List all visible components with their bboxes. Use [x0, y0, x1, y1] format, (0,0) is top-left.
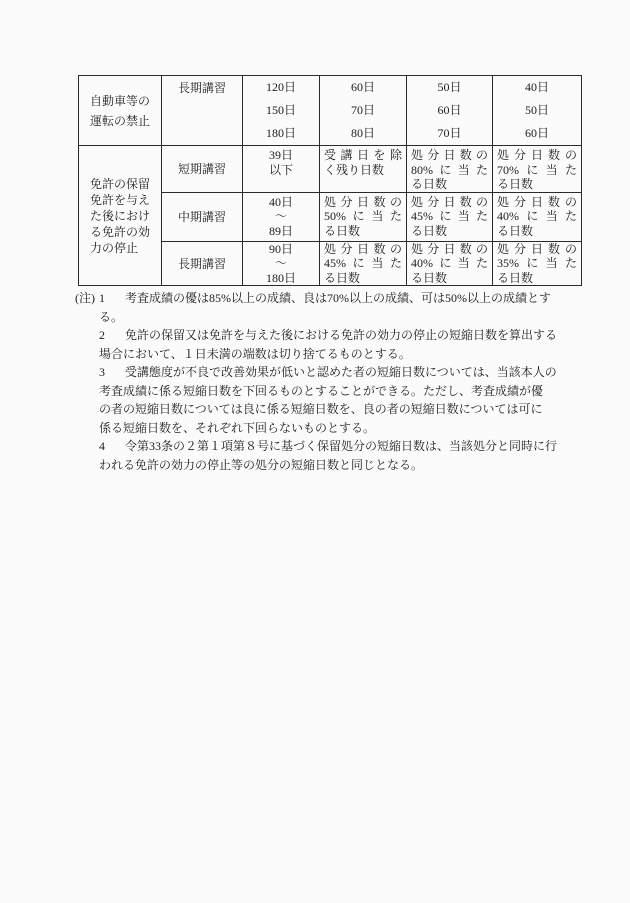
note-text: 受講態度が不良で改善効果が低いと認めた者の短縮日数については、当該本人の 考査成… — [99, 365, 557, 435]
category-label: 自動車等の 運転の禁止 — [90, 91, 150, 131]
note-item: (注)1考査成績の優は85%以上の成績、良は70%以上の成績、可は50%以上の成… — [75, 289, 580, 326]
table-cell: 処分日数の50%に当たる日数 — [320, 192, 407, 241]
category-label: 免許の保留 免許を与え た後におけ る免許の効 力の停止 — [90, 176, 150, 256]
table-cell: 40日～89日 — [243, 192, 320, 241]
table-cell: 処分日数の80%に当たる日数 — [407, 146, 493, 193]
note-marker: (注) — [75, 289, 95, 308]
course-cell: 長期講習 — [162, 76, 243, 146]
table-cell: 処分日数の40%に当たる日数 — [493, 192, 582, 241]
document-page: 自動車等の 運転の禁止 長期講習 120日150日180日 60日70日80日 … — [0, 0, 630, 903]
table-row: 免許の保留 免許を与え た後におけ る免許の効 力の停止 短期講習 39日以下 … — [79, 146, 582, 193]
table-cell: 39日以下 — [243, 146, 320, 193]
table-cell: 処分日数の35%に当たる日数 — [493, 241, 582, 286]
table-row: 自動車等の 運転の禁止 長期講習 120日150日180日 60日70日80日 … — [79, 76, 582, 146]
note-number: 3 — [99, 363, 125, 382]
course-cell: 中期講習 — [162, 192, 243, 241]
table-cell: 処分日数の40%に当たる日数 — [407, 241, 493, 286]
note-number: 4 — [99, 437, 125, 456]
note-text: 考査成績の優は85%以上の成績、良は70%以上の成績、可は50%以上の成績とす … — [99, 291, 551, 324]
course-cell: 長期講習 — [162, 241, 243, 286]
table-cell: 処分日数の45%に当たる日数 — [320, 241, 407, 286]
note-item: 2免許の保留又は免許を与えた後における免許の効力の停止の短縮日数を算出する 場合… — [75, 326, 580, 363]
table-cell: 50日60日70日 — [407, 76, 493, 146]
course-cell: 短期講習 — [162, 146, 243, 193]
table-cell: 40日50日60日 — [493, 76, 582, 146]
reduction-table: 自動車等の 運転の禁止 長期講習 120日150日180日 60日70日80日 … — [78, 75, 582, 286]
note-number: 1 — [99, 289, 125, 308]
notes: (注)1考査成績の優は85%以上の成績、良は70%以上の成績、可は50%以上の成… — [75, 289, 580, 474]
table-cell: 処分日数の45%に当たる日数 — [407, 192, 493, 241]
table-cell: 受講日を除く残り日数 — [320, 146, 407, 193]
note-text: 免許の保留又は免許を与えた後における免許の効力の停止の短縮日数を算出する 場合に… — [99, 328, 557, 361]
note-item: 3受講態度が不良で改善効果が低いと認めた者の短縮日数については、当該本人の 考査… — [75, 363, 580, 437]
note-number: 2 — [99, 326, 125, 345]
category-cell: 免許の保留 免許を与え た後におけ る免許の効 力の停止 — [79, 146, 162, 286]
category-cell: 自動車等の 運転の禁止 — [79, 76, 162, 146]
table-cell: 処分日数の70%に当たる日数 — [493, 146, 582, 193]
table-cell: 90日～180日 — [243, 241, 320, 286]
table-cell: 60日70日80日 — [320, 76, 407, 146]
note-item: 4令第33条の２第１項第８号に基づく保留処分の短縮日数は、当該処分と同時に行 わ… — [75, 437, 580, 474]
note-text: 令第33条の２第１項第８号に基づく保留処分の短縮日数は、当該処分と同時に行 われ… — [99, 439, 557, 472]
table-cell: 120日150日180日 — [243, 76, 320, 146]
